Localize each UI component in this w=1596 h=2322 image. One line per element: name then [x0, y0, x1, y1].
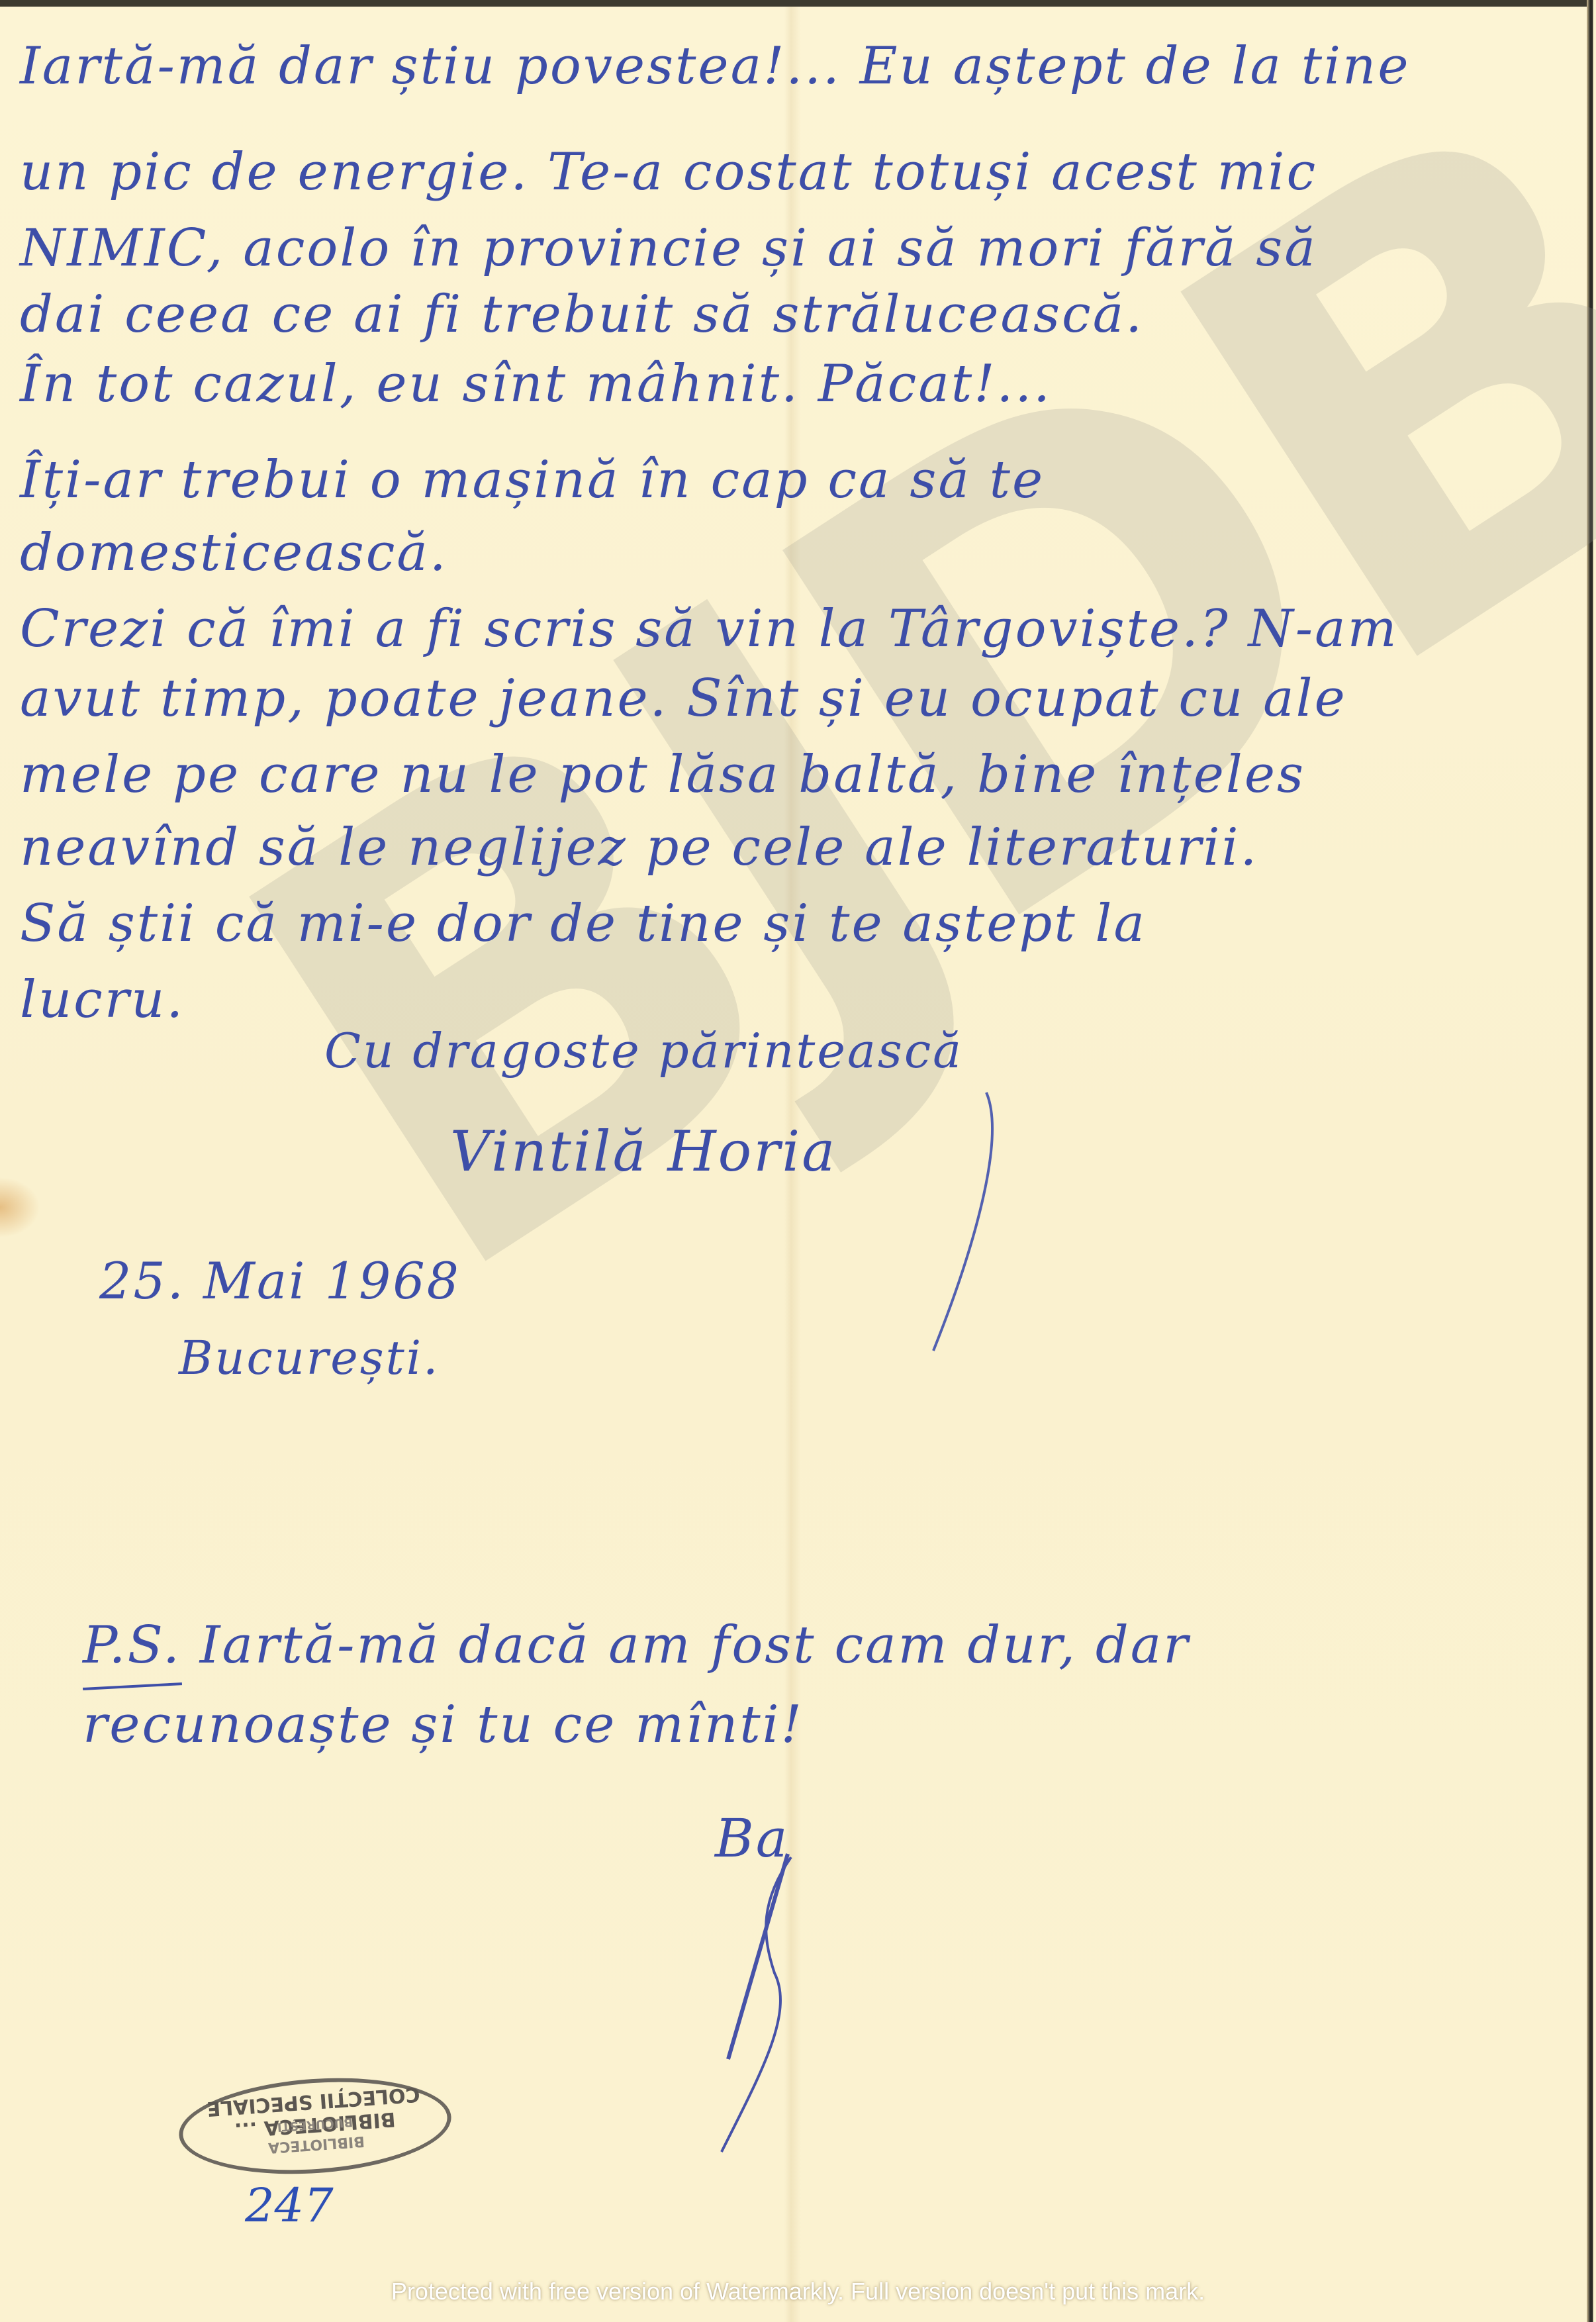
letter-line-1: Iartă-mă dar știu povestea!... Eu aștept…	[20, 36, 1411, 96]
signature-flourish	[880, 1086, 1013, 1364]
letter-line-5: În tot cazul, eu sînt mâhnit. Păcat!...	[20, 354, 1052, 414]
letter-line-12: Să știi că mi-e dor de tine și te aștept…	[20, 894, 1147, 953]
letter-line-10: mele pe care nu le pot lăsa baltă, bine …	[20, 745, 1305, 804]
letter-line-11: neavînd să le neglijez pe cele ale liter…	[20, 818, 1258, 877]
scan-top-border	[0, 0, 1596, 7]
letter-page: BJDB Iartă-mă dar știu povestea!... Eu a…	[0, 0, 1596, 2322]
letter-date: 25. Mai 1968	[99, 1251, 461, 1310]
letter-line-13: lucru.	[20, 970, 185, 1030]
archive-number: 247	[245, 2178, 334, 2233]
library-stamp: BIBLIOTECA ... COLECȚII SPECIALE BUCUREȘ…	[176, 2070, 455, 2182]
scan-right-border	[1587, 0, 1596, 2322]
letter-line-2: un pic de energie. Te-a costat totuși ac…	[20, 142, 1317, 202]
letter-line-3: NIMIC, acolo în provincie și ai să mori …	[20, 218, 1317, 278]
letter-place: București.	[179, 1331, 440, 1385]
letter-line-9: avut timp, poate jeane. Sînt și eu ocupa…	[20, 669, 1347, 728]
letter-line-6: Îți-ar trebui o mașină în cap ca să te	[20, 450, 1045, 510]
watermarkly-notice: Protected with free version of Watermark…	[0, 2278, 1596, 2305]
letter-signature: Vintilă Horia	[450, 1119, 837, 1184]
letter-line-7: domesticească.	[20, 523, 448, 583]
postscript-line-1: P.S. Iartă-mă dacă am fost cam dur, dar	[83, 1616, 1190, 1675]
ps-underline	[83, 1682, 182, 1690]
ps-signature-stroke	[702, 1841, 900, 2158]
letter-line-8: Crezi că îmi a fi scris să vin la Târgov…	[20, 599, 1399, 659]
postscript-line-2: recunoaște și tu ce mînti!	[83, 1695, 804, 1755]
letter-line-4: dai ceea ce ai fi trebuit să străluceasc…	[20, 285, 1144, 344]
letter-closing: Cu dragoste părintească	[324, 1023, 963, 1079]
